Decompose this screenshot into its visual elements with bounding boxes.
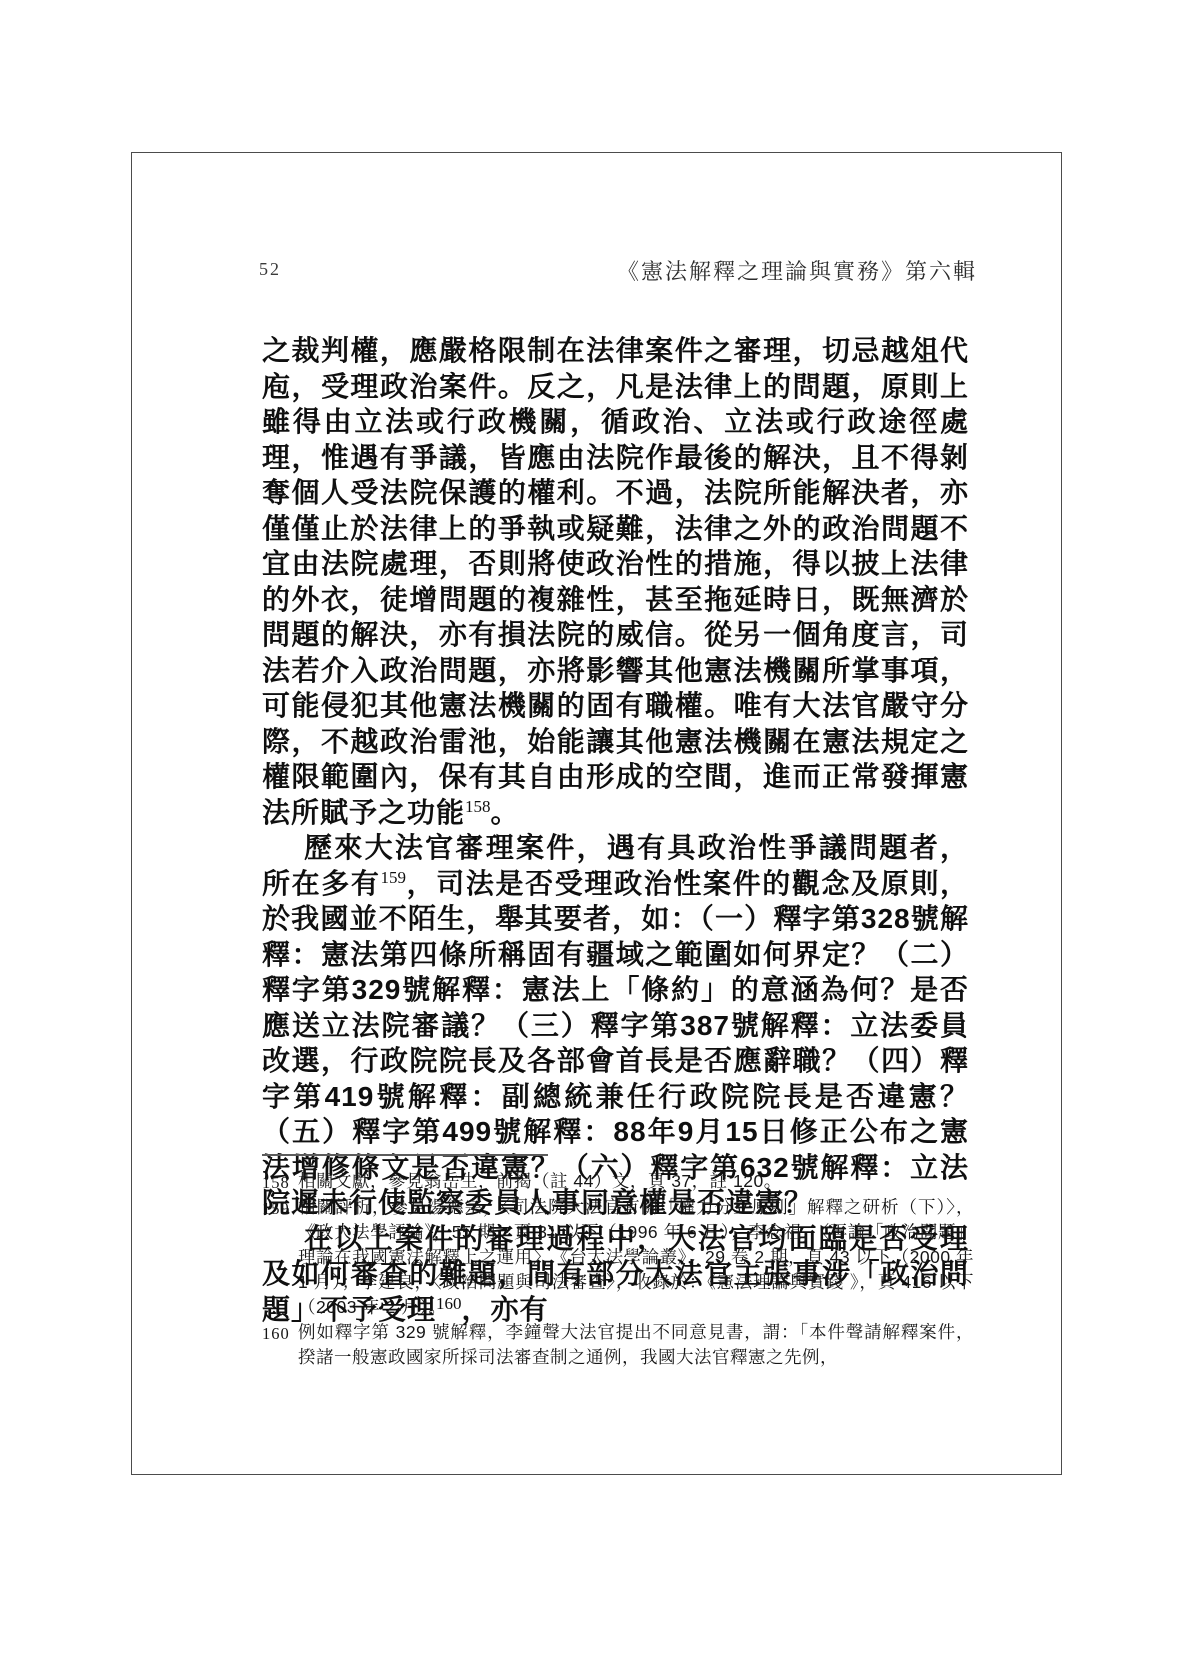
- footnote-text: 相關評析，參見湯德宗，〈司法院大法官有關「權力分立原則」解釋之研析（下）〉，《政…: [298, 1195, 974, 1320]
- paragraph-1-text: 之裁判權，應嚴格限制在法律案件之審理，切忌越俎代庖，受理政治案件。反之，凡是法律…: [262, 335, 969, 828]
- footnote-text: 相關文獻，參見翁岳生，前揭（註 44）文，頁 37，註 120。: [298, 1169, 974, 1194]
- footnote-number: 160: [262, 1320, 298, 1346]
- footnote-160: 160 例如釋字第 329 號解釋，李鐘聲大法官提出不同意見書，謂：「本件聲請解…: [262, 1320, 974, 1370]
- footnote-number: 159: [262, 1195, 298, 1221]
- paragraph-2-tail: ，司法是否受理政治性案件的觀念及原則，於我國並不陌生，舉其要者，如：（一）釋字第…: [262, 868, 969, 1219]
- document-page: 52 《憲法解釋之理論與實務》第六輯 之裁判權，應嚴格限制在法律案件之審理，切忌…: [0, 0, 1177, 1664]
- running-header: 《憲法解釋之理論與實務》第六輯: [617, 255, 977, 286]
- page-number: 52: [259, 259, 281, 280]
- footnote-ref-159: 159: [381, 868, 407, 887]
- footnotes-block: 158 相關文獻，參見翁岳生，前揭（註 44）文，頁 37，註 120。 159…: [262, 1169, 974, 1370]
- footnote-159: 159 相關評析，參見湯德宗，〈司法院大法官有關「權力分立原則」解釋之研析（下）…: [262, 1195, 974, 1320]
- paragraph-1: 之裁判權，應嚴格限制在法律案件之審理，切忌越俎代庖，受理政治案件。反之，凡是法律…: [262, 333, 969, 830]
- footnote-text: 例如釋字第 329 號解釋，李鐘聲大法官提出不同意見書，謂：「本件聲請解釋案件，…: [298, 1320, 974, 1370]
- footnote-ref-158: 158: [465, 797, 491, 816]
- footnote-separator: [262, 1154, 548, 1156]
- paragraph-1-tail: 。: [491, 797, 520, 828]
- footnote-number: 158: [262, 1169, 298, 1195]
- footnote-158: 158 相關文獻，參見翁岳生，前揭（註 44）文，頁 37，註 120。: [262, 1169, 974, 1195]
- page-border-frame: 52 《憲法解釋之理論與實務》第六輯 之裁判權，應嚴格限制在法律案件之審理，切忌…: [131, 152, 1062, 1475]
- paragraph-2: 歷來大法官審理案件，遇有具政治性爭議問題者，所在多有159，司法是否受理政治性案…: [262, 830, 969, 1221]
